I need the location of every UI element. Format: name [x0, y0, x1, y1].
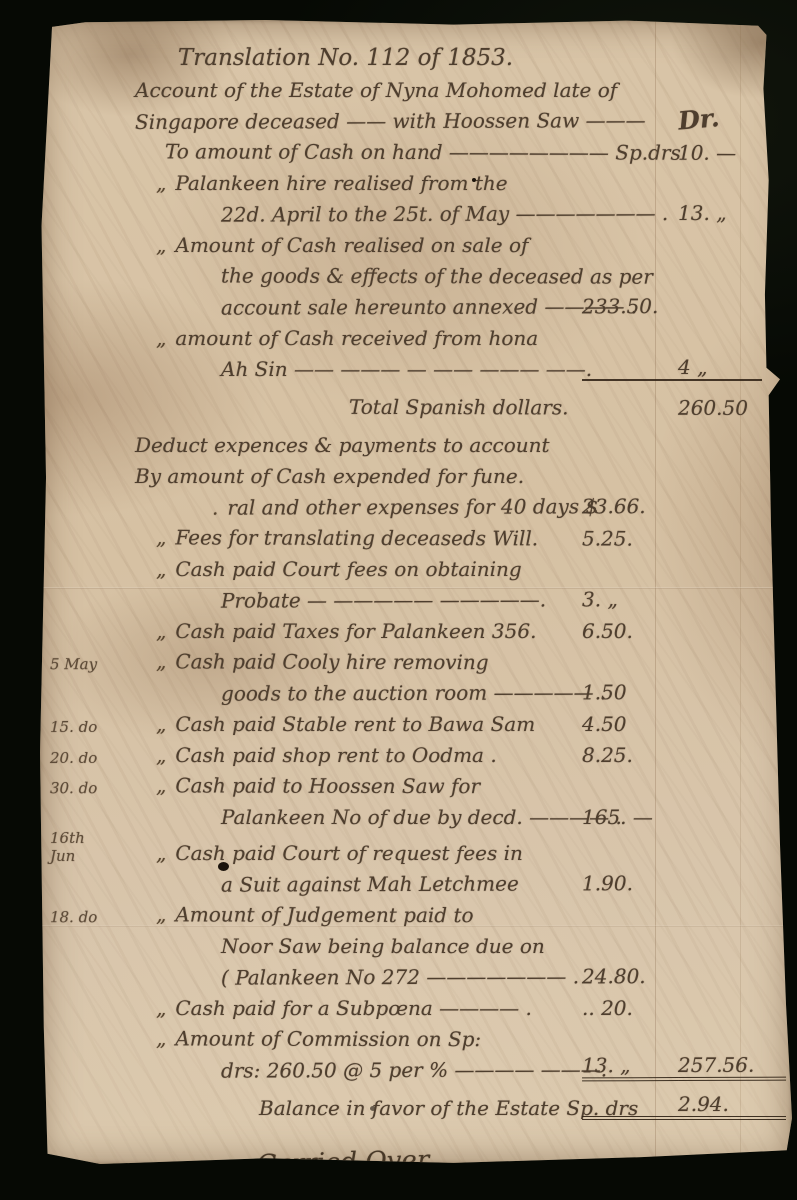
entry-content: „ Amount of Cash realised on sale of [100, 233, 582, 257]
amount-outer [678, 468, 762, 488]
ditto-mark: „ [156, 619, 166, 643]
ledger-line: 20. do „ Cash paid shop rent to Oodma . … [46, 736, 762, 767]
ledger-line: „ Cash paid Court fees on obtaining [46, 550, 762, 581]
amount-inner [582, 82, 678, 102]
amount-inner [582, 1031, 678, 1051]
ditto-mark: „ [156, 649, 166, 673]
amount-outer [678, 779, 762, 799]
amount-inner [582, 561, 678, 581]
amount-outer [678, 716, 762, 736]
margin-date [47, 1184, 101, 1186]
amount-inner: 1.50 [582, 680, 678, 704]
ledger-line: „ Palankeen hire realised from the [46, 164, 762, 195]
ledger-line: Deduct expences & payments to account [46, 426, 762, 457]
entry-content: Ah Sin —— ——— — —— ——— ——. [100, 357, 582, 381]
ledger-line: Balance in favor of the Estate Sp. drs 2… [46, 1089, 762, 1120]
entry-content: goods to the auction room ————— . [100, 680, 582, 706]
entry-content: „ Fees for translating deceaseds Will. [100, 525, 582, 550]
ledger-line: drs: 260.50 @ 5 per % ———— ———. 13. „ 25… [46, 1050, 762, 1083]
ledger-line: a Suit against Mah Letchmee 1.90. [46, 864, 762, 897]
ledger-line: 16th Jun „ Cash paid Court of request fe… [46, 829, 762, 865]
amount-inner [582, 845, 678, 865]
entry-text: ral and other expenses for 40 days $ [227, 494, 598, 519]
amount-outer [678, 591, 762, 611]
entry-text: By amount of Cash expended for fune. [135, 464, 524, 488]
entry-content: Palankeen No of due by decd. ———— . [100, 805, 582, 829]
amount-inner [582, 268, 678, 288]
entry-text: Deduct expences & payments to account [135, 433, 550, 457]
entry-content: „ Amount of Commission on Sp: [100, 1026, 582, 1051]
entry-content: the goods & effects of the deceased as p… [100, 263, 582, 288]
entry-text: Account of the Estate of Nyna Mohomed la… [135, 78, 617, 102]
ledger-body: Translation No. 112 of 1853. Account of … [40, 20, 792, 1176]
amount-inner: 8.25. [582, 743, 678, 767]
amount-outer [678, 237, 762, 257]
ledger-line: account sale hereunto annexed ———— . 233… [46, 287, 762, 320]
amount-outer [678, 747, 762, 767]
ditto-mark: „ [156, 525, 166, 549]
entry-content: Balance in favor of the Estate Sp. drs [100, 1096, 582, 1120]
entry-content: To amount of Cash on hand ———————— Sp.dr… [100, 139, 582, 164]
amount-inner [582, 907, 678, 927]
margin-date: 18. do [46, 908, 100, 926]
ledger-line: By amount of Cash expended for fune. [46, 457, 762, 488]
entry-content: „ Cash paid Taxes for Palankeen 356. [100, 619, 582, 643]
entry-text: account sale hereunto annexed ———— . [221, 294, 637, 319]
ledger-line: 22d. April to the 25t. of May ——————— . … [46, 194, 762, 227]
margin-date: 30. do [46, 779, 100, 797]
amount-inner [582, 1142, 679, 1171]
ledger-line: Noor Saw being balance due on [46, 927, 762, 958]
entry-content: Probate — ————— —————. [100, 587, 582, 613]
entry-text: goods to the auction room ————— . [221, 680, 606, 705]
ditto-mark: „ [156, 743, 166, 767]
ledger-line: . ral and other expenses for 40 days $ 2… [46, 487, 762, 520]
ditto-mark: „ [156, 773, 166, 797]
margin-date: 16th Jun [46, 829, 100, 865]
ledger-line: 15. do „ Cash paid Stable rent to Bawa S… [46, 705, 762, 736]
ditto-mark: „ [156, 841, 166, 865]
entry-text: Ah Sin —— ——— — —— ——— ——. [221, 357, 592, 381]
scan-background: Translation No. 112 of 1853. Account of … [0, 0, 797, 1200]
amount-inner: 6.50. [582, 619, 678, 643]
entry-text: amount of Cash received from hona [175, 326, 538, 350]
amount-outer [678, 1000, 762, 1020]
ledger-line: ( Palankeen No 272 ——————— . 24.80. [46, 957, 762, 990]
entry-text: Carried Over. [256, 1145, 435, 1180]
ledger-line: 18. do „ Amount of Judgement paid to [46, 895, 762, 928]
amount-outer [678, 938, 762, 958]
entry-content: Noor Saw being balance due on [100, 934, 582, 958]
amount-inner [582, 205, 678, 225]
amount-inner [582, 654, 678, 674]
amount-inner: 3. „ [582, 587, 678, 611]
entry-content: Deduct expences & payments to account [100, 433, 582, 457]
entry-text: ( Palankeen No 272 ——————— . [221, 964, 579, 989]
amount-outer: Dr. [677, 99, 763, 135]
amount-inner: 165. — [582, 805, 678, 829]
amount-outer [678, 437, 762, 457]
amount-inner: 5.25. [582, 526, 678, 550]
manuscript-page: Translation No. 112 of 1853. Account of … [40, 20, 792, 1164]
amount-outer [678, 561, 762, 581]
ledger-line: „ Cash paid Taxes for Palankeen 356. 6.5… [46, 612, 762, 643]
ditto-mark: . [212, 496, 218, 520]
entry-content: a Suit against Mah Letchmee [100, 871, 582, 897]
amount-outer [678, 845, 762, 865]
ledger-line: To amount of Cash on hand ———————— Sp.dr… [46, 132, 762, 165]
entry-content: drs: 260.50 @ 5 per % ———— ———. [100, 1057, 582, 1083]
amount-inner [582, 778, 678, 798]
ledger-line: „ Amount of Commission on Sp: [46, 1019, 762, 1052]
ledger-line: Account of the Estate of Nyna Mohomed la… [46, 71, 762, 102]
ledger-line: Singapore deceased —— with Hoossen Saw —… [46, 101, 762, 134]
amount-inner [582, 1096, 678, 1120]
amount-inner [582, 112, 678, 132]
entry-content: „ Cash paid Court of request fees in [100, 841, 582, 865]
entry-content: Translation No. 112 of 1853. [100, 45, 582, 71]
amount-outer: 4 „ [678, 355, 762, 381]
margin-date: 15. do [46, 718, 100, 736]
amount-outer [678, 175, 762, 195]
ledger-line: Probate — ————— —————. 3. „ [46, 580, 762, 613]
entry-content: „ Cash paid Court fees on obtaining [100, 557, 582, 581]
amount-outer [678, 968, 762, 988]
amount-inner: 24.80. [582, 964, 678, 988]
ledger-line: Palankeen No of due by decd. ———— . 165.… [46, 798, 762, 829]
ledger-line: „ amount of Cash received from hona [46, 319, 762, 350]
ledger-line: 30. do „ Cash paid to Hoossen Saw for [46, 766, 762, 799]
entry-content: Total Spanish dollars. [100, 394, 582, 419]
amount-inner [582, 48, 678, 71]
ditto-mark: „ [156, 326, 166, 350]
entry-text: Cash paid for a Subpœna ———— . [175, 996, 532, 1020]
amount-outer [678, 875, 762, 895]
amount-inner: .. 20. [582, 996, 678, 1020]
amount-outer [678, 1140, 763, 1168]
margin-date: 20. do [46, 749, 100, 767]
ditto-mark: „ [156, 557, 166, 581]
amount-outer [678, 623, 762, 643]
amount-outer [678, 908, 762, 928]
entry-text: Cash paid to Hoossen Saw for [175, 773, 480, 798]
amount-inner [582, 359, 678, 381]
amount-outer [678, 82, 762, 102]
amount-outer [678, 330, 762, 350]
amount-inner [582, 437, 678, 457]
ledger-line: the goods & effects of the deceased as p… [46, 256, 762, 289]
entry-text: Translation No. 112 of 1853. [178, 45, 513, 71]
entry-content: „ Amount of Judgement paid to [100, 902, 582, 927]
amount-outer [678, 498, 762, 518]
entry-content: „ Cash paid Stable rent to Bawa Sam [100, 712, 582, 736]
entry-text: Probate — ————— —————. [221, 588, 546, 613]
ledger-line: Translation No. 112 of 1853. [46, 34, 762, 71]
amount-inner [582, 237, 678, 257]
amount-outer: 2.94. [678, 1092, 786, 1120]
ditto-mark: „ [156, 171, 166, 195]
entry-content: „ amount of Cash received from hona [100, 326, 582, 350]
entry-text: Amount of Commission on Sp: [175, 1026, 481, 1051]
ledger-line: „ Amount of Cash realised on sale of [46, 226, 762, 257]
amount-outer [678, 809, 762, 829]
entry-text: Total Spanish dollars. [349, 395, 569, 420]
amount-inner [582, 175, 678, 195]
entry-text: a Suit against Mah Letchmee [221, 872, 519, 897]
entry-content: Account of the Estate of Nyna Mohomed la… [100, 78, 582, 102]
amount-outer: 260.50 [678, 396, 762, 420]
entry-content: „ Cash paid Cooly hire removing [100, 649, 582, 674]
amount-outer [678, 48, 762, 71]
ledger-line: 5 May „ Cash paid Cooly hire removing [46, 642, 762, 675]
ditto-mark [247, 1150, 248, 1180]
entry-text: Cash paid Cooly hire removing [175, 649, 488, 674]
amount-inner [582, 330, 678, 350]
entry-text: Palankeen hire realised from the [175, 171, 507, 195]
amount-inner [582, 144, 678, 164]
entry-content: Carried Over. [100, 1141, 583, 1184]
entry-text: Amount of Cash realised on sale of [175, 233, 528, 257]
entry-text: Cash paid Stable rent to Bawa Sam [175, 712, 535, 736]
entry-content: . ral and other expenses for 40 days $ [100, 494, 582, 520]
amount-inner [582, 938, 678, 958]
amount-outer [678, 531, 762, 551]
entry-text: Cash paid shop rent to Oodma . [175, 743, 496, 767]
amount-inner [582, 468, 678, 488]
entry-content: Singapore deceased —— with Hoossen Saw —… [100, 108, 582, 134]
entry-text: Cash paid Court of request fees in [175, 841, 523, 865]
amount-outer: 13. „ [678, 201, 762, 225]
entry-text: Palankeen No of due by decd. ———— . [221, 805, 622, 829]
entry-text: Cash paid Taxes for Palankeen 356. [175, 619, 536, 643]
ledger-line: Total Spanish dollars. 260.50 [46, 387, 762, 420]
ledger-line: Carried Over. [46, 1126, 763, 1186]
entry-content: By amount of Cash expended for fune. [100, 464, 582, 488]
amount-inner [582, 399, 678, 419]
entry-content: „ Palankeen hire realised from the [100, 171, 582, 195]
entry-content: ( Palankeen No 272 ——————— . [100, 964, 582, 990]
entry-text: Fees for translating deceaseds Will. [175, 525, 538, 550]
ditto-mark: „ [156, 712, 166, 736]
entry-text: Cash paid Court fees on obtaining [175, 557, 521, 581]
amount-outer: 10. — [678, 141, 762, 165]
amount-inner: 4.50 [582, 712, 678, 736]
amount-inner: 13. „ [582, 1053, 678, 1081]
entry-content: „ Cash paid to Hoossen Saw for [100, 773, 582, 798]
entry-content: „ Cash paid for a Subpœna ———— . [100, 996, 582, 1020]
amount-inner: 233.50. [582, 294, 678, 318]
ditto-mark: „ [156, 233, 166, 257]
amount-outer: 257.56. [678, 1053, 786, 1081]
amount-inner: 23.66. [582, 494, 678, 518]
entry-content: account sale hereunto annexed ———— . [100, 294, 582, 320]
ledger-line: goods to the auction room ————— . 1.50 [46, 673, 762, 706]
entry-content: 22d. April to the 25t. of May ——————— . [100, 201, 582, 227]
ditto-mark: „ [156, 902, 166, 926]
ditto-mark: „ [156, 1026, 166, 1050]
entry-text: Noor Saw being balance due on [221, 934, 545, 958]
margin-date: 5 May [46, 655, 100, 673]
entry-content: „ Cash paid shop rent to Oodma . [100, 743, 582, 767]
amount-outer [678, 684, 762, 704]
amount-inner: 1.90. [582, 871, 678, 895]
entry-text: drs: 260.50 @ 5 per % ———— ———. [221, 1057, 607, 1082]
ledger-line: „ Cash paid for a Subpœna ———— . .. 20. [46, 989, 762, 1020]
ditto-mark: „ [156, 996, 166, 1020]
entry-text: Amount of Judgement paid to [175, 902, 473, 927]
ledger-line: Ah Sin —— ——— — —— ——— ——. 4 „ [46, 350, 762, 381]
amount-outer [678, 298, 762, 318]
ledger-line: „ Fees for translating deceaseds Will. 5… [46, 518, 762, 551]
entry-text: Singapore deceased —— with Hoossen Saw —… [135, 108, 646, 134]
